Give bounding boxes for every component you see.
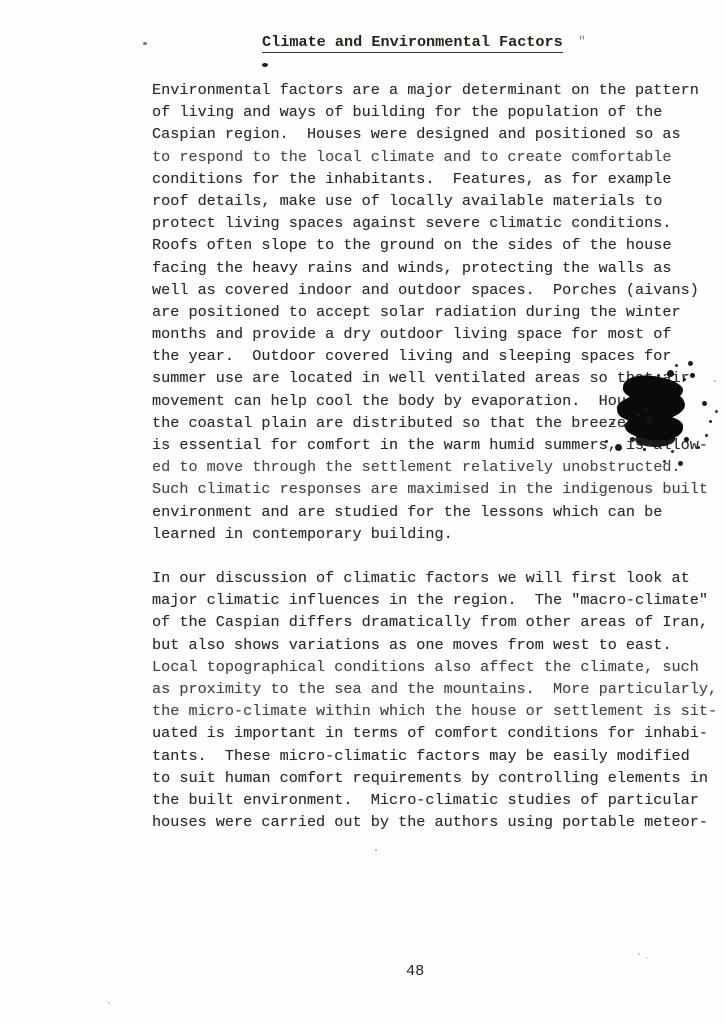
scan-speck-artifact [700, 600, 702, 602]
text-line: major climatic influences in the region.… [152, 589, 717, 611]
text-line: roof details, make use of locally availa… [152, 190, 708, 212]
text-line: well as covered indoor and outdoor space… [152, 279, 708, 301]
text-line: are positioned to accept solar radiation… [152, 301, 708, 323]
scan-artifact-quote: " [578, 34, 586, 49]
text-line: learned in contemporary building. [152, 523, 708, 545]
text-line: Such climatic responses are maximised in… [152, 478, 708, 500]
text-line: conditions for the inhabitants. Features… [152, 168, 708, 190]
text-line: of the Caspian differs dramatically from… [152, 611, 717, 633]
scan-speck-artifact [646, 957, 648, 959]
scan-speck-artifact [375, 849, 377, 851]
scan-speck-artifact [638, 953, 640, 955]
document-page: Climate and Environmental Factors " Envi… [0, 0, 725, 1024]
text-line: protect living spaces against severe cli… [152, 212, 708, 234]
paragraph-2: In our discussion of climatic factors we… [152, 567, 717, 833]
scan-speck-artifact [108, 1002, 110, 1004]
text-line: the year. Outdoor covered living and sle… [152, 345, 708, 367]
page-number: 48 [406, 962, 424, 980]
text-line: In our discussion of climatic factors we… [152, 567, 717, 589]
ink-blot-artifact [595, 368, 715, 464]
text-line: to suit human comfort requirements by co… [152, 767, 717, 789]
text-line: months and provide a dry outdoor living … [152, 323, 708, 345]
text-line: but also shows variations as one moves f… [152, 634, 717, 656]
text-line: uated is important in terms of comfort c… [152, 722, 717, 744]
text-line: facing the heavy rains and winds, protec… [152, 257, 708, 279]
ink-blob [635, 432, 675, 447]
text-line: environment and are studied for the less… [152, 501, 708, 523]
text-line: to respond to the local climate and to c… [152, 146, 708, 168]
text-line: Caspian region. Houses were designed and… [152, 123, 708, 145]
ink-dot-artifact [262, 63, 268, 67]
text-line: the micro-climate within which the house… [152, 700, 717, 722]
scan-speck-artifact [714, 380, 716, 382]
text-line: the built environment. Micro-climatic st… [152, 789, 717, 811]
text-line: of living and ways of building for the p… [152, 101, 708, 123]
text-line: as proximity to the sea and the mountain… [152, 678, 717, 700]
ink-speckles [645, 408, 648, 411]
text-line: Roofs often slope to the ground on the s… [152, 234, 708, 256]
page-title: Climate and Environmental Factors [262, 33, 563, 53]
text-line: tants. These micro-climatic factors may … [152, 745, 717, 767]
paragraph-1: Environmental factors are a major determ… [152, 79, 708, 545]
text-line: Local topographical conditions also affe… [152, 656, 717, 678]
text-line: houses were carried out by the authors u… [152, 811, 717, 833]
scan-speck-artifact [143, 42, 147, 45]
text-line: Environmental factors are a major determ… [152, 79, 708, 101]
